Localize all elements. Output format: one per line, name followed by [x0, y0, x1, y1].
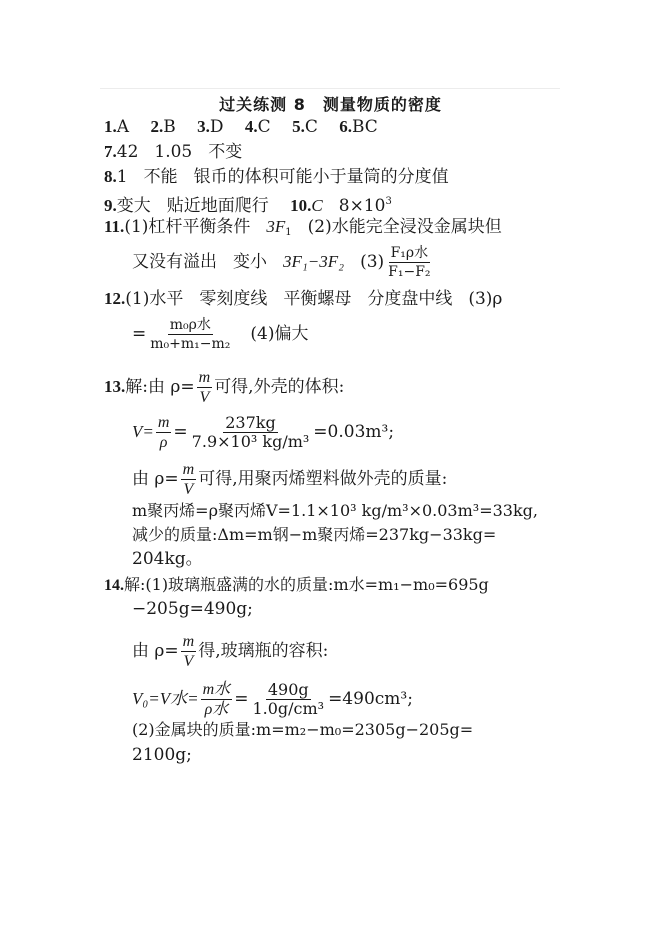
fraction: mV [181, 632, 197, 671]
answer-14-line6: 2100g; [132, 744, 560, 766]
fraction: mρ [156, 413, 172, 452]
answer-12-line1: 12.(1)水平零刻度线平衡螺母分度盘中线(3)ρ [104, 288, 560, 310]
answer-7: 7.421.05不变 [104, 141, 560, 163]
fraction: 490g1.0g/cm³ [250, 681, 326, 718]
answer-13-line5: 减少的质量:Δm=m钢−m聚丙烯=237kg−33kg= [132, 524, 560, 546]
fraction: m₀ρ水m₀+m₁−m₂ [148, 316, 232, 353]
answer-11-line2: 又没有溢出变小3F₁−3F₂(3)F₁ρ水F₁−F₂ [132, 244, 560, 281]
answer-8: 8.1不能银币的体积可能小于量筒的分度值 [104, 166, 560, 188]
answer-13-line4: m聚丙烯=ρ聚丙烯V=1.1×10³ kg/m³×0.03m³=33kg, [132, 500, 560, 522]
fraction: mV [181, 460, 197, 499]
fraction: mV [197, 368, 213, 407]
answer-13-line3: 由 ρ=mV可得,用聚丙烯塑料做外壳的质量: [132, 460, 560, 499]
answer-14-line1: 14.解:(1)玻璃瓶盛满的水的质量:m水=m₁−m₀=695g [104, 574, 560, 597]
answer-11-line1: 11.(1)杠杆平衡条件3F1(2)水能完全浸没金属块但 [104, 216, 560, 244]
answer-9-10: 9.变大贴近地面爬行 10.C8×103 [104, 191, 560, 217]
answer-14-line2: −205g=490g; [132, 598, 560, 620]
page-title: 过关练测 8 测量物质的密度 [0, 92, 661, 115]
header-divider [100, 88, 560, 89]
answer-13-line2: V=mρ=237kg7.9×10³ kg/m³=0.03m³; [132, 413, 560, 452]
answers-1-6: 1.A 2.B 3.D 4.C 5.C 6.BC [104, 116, 560, 138]
answer-14-line3: 由 ρ=mV得,玻璃瓶的容积: [132, 632, 560, 671]
fraction: m水ρ水 [201, 680, 233, 719]
fraction: F₁ρ水F₁−F₂ [386, 244, 432, 281]
answer-14-line4: V₀=V水=m水ρ水=490g1.0g/cm³=490cm³; [132, 680, 560, 719]
answer-12-line2: =m₀ρ水m₀+m₁−m₂(4)偏大 [132, 316, 560, 353]
answer-13-line1: 13.解:由 ρ=mV可得,外壳的体积: [104, 368, 560, 407]
fraction: 237kg7.9×10³ kg/m³ [190, 414, 312, 451]
answer-14-line5: (2)金属块的质量:m=m₂−m₀=2305g−205g= [132, 719, 560, 741]
answer-13-line6: 204kg。 [132, 548, 560, 570]
